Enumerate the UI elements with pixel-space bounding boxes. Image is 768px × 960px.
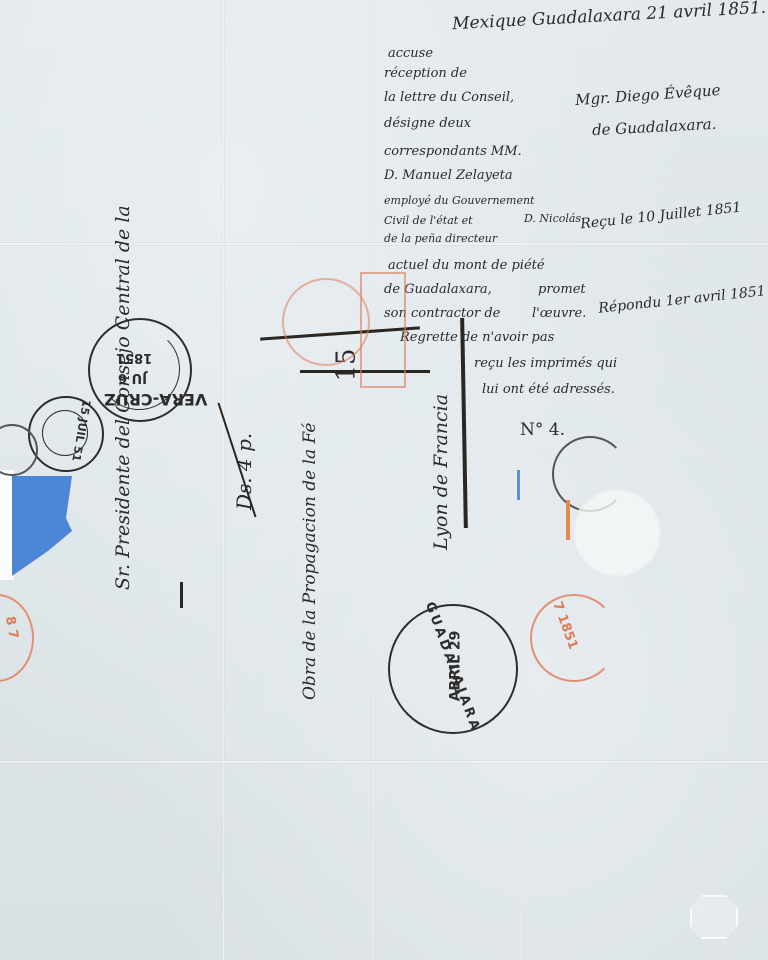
pen-stroke — [180, 582, 183, 608]
postmark-town: VERA-CRUZ — [104, 390, 207, 409]
sender-name: Mgr. Diego Évêque — [575, 81, 721, 109]
docket-line: accuse — [388, 46, 433, 61]
address-line-3: Lyon de Francia — [430, 394, 452, 550]
postmark-year: 1851 — [116, 350, 152, 365]
docket-note: D. Nicolás — [524, 212, 581, 225]
tax-mark: Ds. 4 p. — [232, 433, 256, 510]
docket-line: lui ont été adressés. — [482, 382, 615, 397]
docket-line: de la peña directeur — [384, 232, 497, 245]
letter-sheet: Mexique Guadalaxara 21 avril 1851. accus… — [0, 0, 768, 960]
reply-note: Répondu 1er avril 1851 — [598, 283, 767, 316]
docket-header: Mexique Guadalaxara 21 avril 1851. — [452, 0, 767, 34]
docket-line: employé du Gouvernement — [384, 194, 534, 207]
docket-line: D. Manuel Zelayeta — [384, 168, 513, 183]
torn-edge — [0, 470, 14, 580]
red-postmark-center — [282, 278, 370, 366]
docket-line: actuel du mont de piété — [388, 258, 545, 273]
postmark-date: JU 6 — [118, 370, 147, 385]
sender-title: de Guadalaxara. — [592, 115, 717, 139]
horizontal-fold — [0, 760, 768, 764]
received-note: Reçu le 10 Juillet 1851 — [580, 200, 742, 233]
pen-stroke — [460, 318, 468, 528]
docket-line: désigne deux — [384, 116, 471, 131]
blue-mark — [517, 470, 520, 500]
docket-line: reçu les imprimés qui — [474, 356, 617, 371]
docket-number: N° 4. — [520, 420, 565, 440]
docket-note: promet — [538, 282, 586, 297]
embossed-mark — [690, 895, 738, 939]
docket-line: la lettre du Conseil, — [384, 90, 514, 105]
address-line-2: Obra de la Propagacion de la Fé — [300, 423, 320, 700]
red-wax-trace — [566, 500, 570, 540]
vertical-fold — [222, 0, 225, 960]
wax-seal-remnant — [572, 488, 662, 578]
docket-line: réception de — [384, 66, 467, 81]
docket-line: Civil de l'état et — [384, 214, 473, 227]
docket-line: correspondants MM. — [384, 144, 522, 159]
docket-line: Regrette de n'avoir pas — [400, 330, 554, 345]
vertical-fold — [372, 0, 375, 960]
blue-tab — [12, 476, 72, 576]
docket-note: l'œuvre. — [532, 306, 586, 321]
